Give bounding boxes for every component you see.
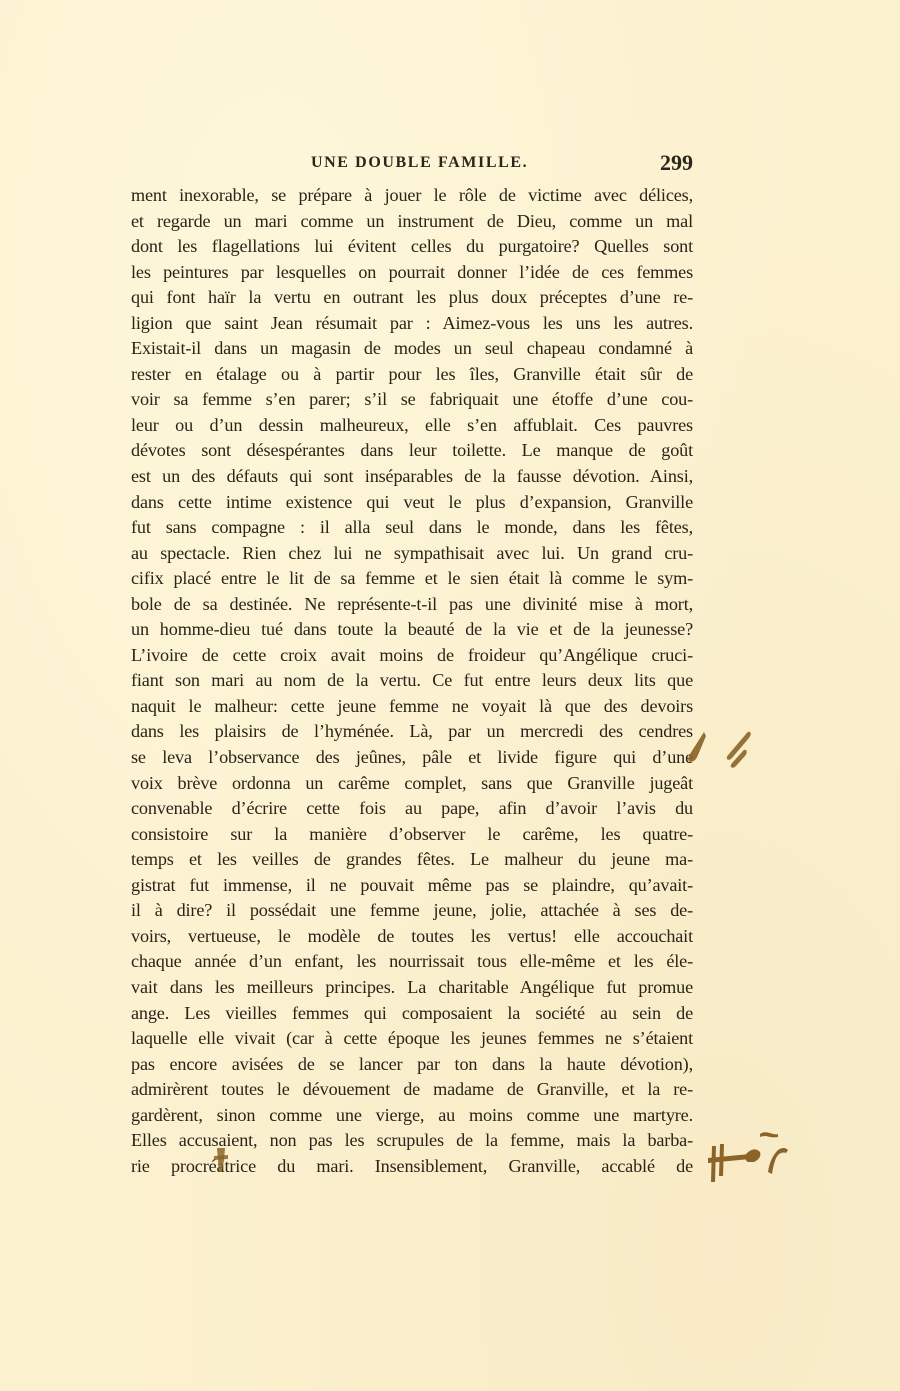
text-line: qui font haïr la vertu en outrant les pl… [131, 285, 693, 311]
book-page: UNE DOUBLE FAMILLE. 299 ment inexorable,… [0, 0, 900, 1391]
margin-handwritten-correction-icon [706, 1128, 792, 1184]
text-line: ange. Les vieilles femmes qui composaien… [131, 1001, 693, 1027]
text-line: fut sans compagne : il alla seul dans le… [131, 515, 693, 541]
text-line: bole de sa destinée. Ne représente-t-il … [131, 592, 693, 618]
text-line: dans cette intime existence qui veut le … [131, 490, 693, 516]
text-line: les peintures par lesquelles on pourrait… [131, 260, 693, 286]
text-line: vait dans les meilleurs principes. La ch… [131, 975, 693, 1001]
text-line: rester en étalage ou à partir pour les î… [131, 362, 693, 388]
text-line: voir sa femme s’en parer; s’il se fabriq… [131, 387, 693, 413]
text-line: voirs, vertueuse, le modèle de toutes le… [131, 924, 693, 950]
text-line: leur ou d’un dessin malheureux, elle s’e… [131, 413, 693, 439]
text-line: admirèrent toutes le dévouement de madam… [131, 1077, 693, 1103]
text-line: voix brève ordonna un carême complet, sa… [131, 771, 693, 797]
text-line: ligion que saint Jean résumait par : Aim… [131, 311, 693, 337]
text-line: dévotes sont désespérantes dans leur toi… [131, 438, 693, 464]
text-line: et regarde un mari comme un instrument d… [131, 209, 693, 235]
text-line: fiant son mari au nom de la vertu. Ce fu… [131, 668, 693, 694]
running-head: UNE DOUBLE FAMILLE. 299 [131, 150, 693, 180]
text-line: Existait-il dans un magasin de modes un … [131, 336, 693, 362]
text-line: laquelle elle vivait (car à cette époque… [131, 1026, 693, 1052]
page-number: 299 [660, 150, 693, 176]
text-line: un homme-dieu tué dans toute la beauté d… [131, 617, 693, 643]
text-line: il à dire? il possédait une femme jeune,… [131, 898, 693, 924]
text-line: naquit le malheur: cette jeune femme ne … [131, 694, 693, 720]
running-title: UNE DOUBLE FAMILLE. [311, 154, 528, 172]
body-text: ment inexorable, se prépare à jouer le r… [131, 183, 693, 1179]
text-line: consistoire sur la manière d’observer le… [131, 822, 693, 848]
text-line: ment inexorable, se prépare à jouer le r… [131, 183, 693, 209]
ink-slash-mark-icon [682, 728, 710, 768]
text-line: gistrat fut immense, il ne pouvait même … [131, 873, 693, 899]
text-line: chaque année d’un enfant, les nourrissai… [131, 949, 693, 975]
text-line: au spectacle. Rien chez lui ne sympathis… [131, 541, 693, 567]
text-line: se leva l’observance des jeûnes, pâle et… [131, 745, 693, 771]
text-line: temps et les veilles de grandes fêtes. L… [131, 847, 693, 873]
text-line: est un des défauts qui sont inséparables… [131, 464, 693, 490]
text-line: convenable d’écrire cette fois au pape, … [131, 796, 693, 822]
text-line: cifix placé entre le lit de sa femme et … [131, 566, 693, 592]
text-line: pas encore avisées de se lancer par ton … [131, 1052, 693, 1078]
text-line: gardèrent, sinon comme une vierge, au mo… [131, 1103, 693, 1129]
text-line: dont les flagellations lui évitent celle… [131, 234, 693, 260]
margin-comma-mark-icon [720, 728, 756, 776]
ink-blot-mark-icon [213, 1146, 229, 1174]
text-line: dans les plaisirs de l’hyménée. Là, par … [131, 719, 693, 745]
text-line: L’ivoire de cette croix avait moins de f… [131, 643, 693, 669]
